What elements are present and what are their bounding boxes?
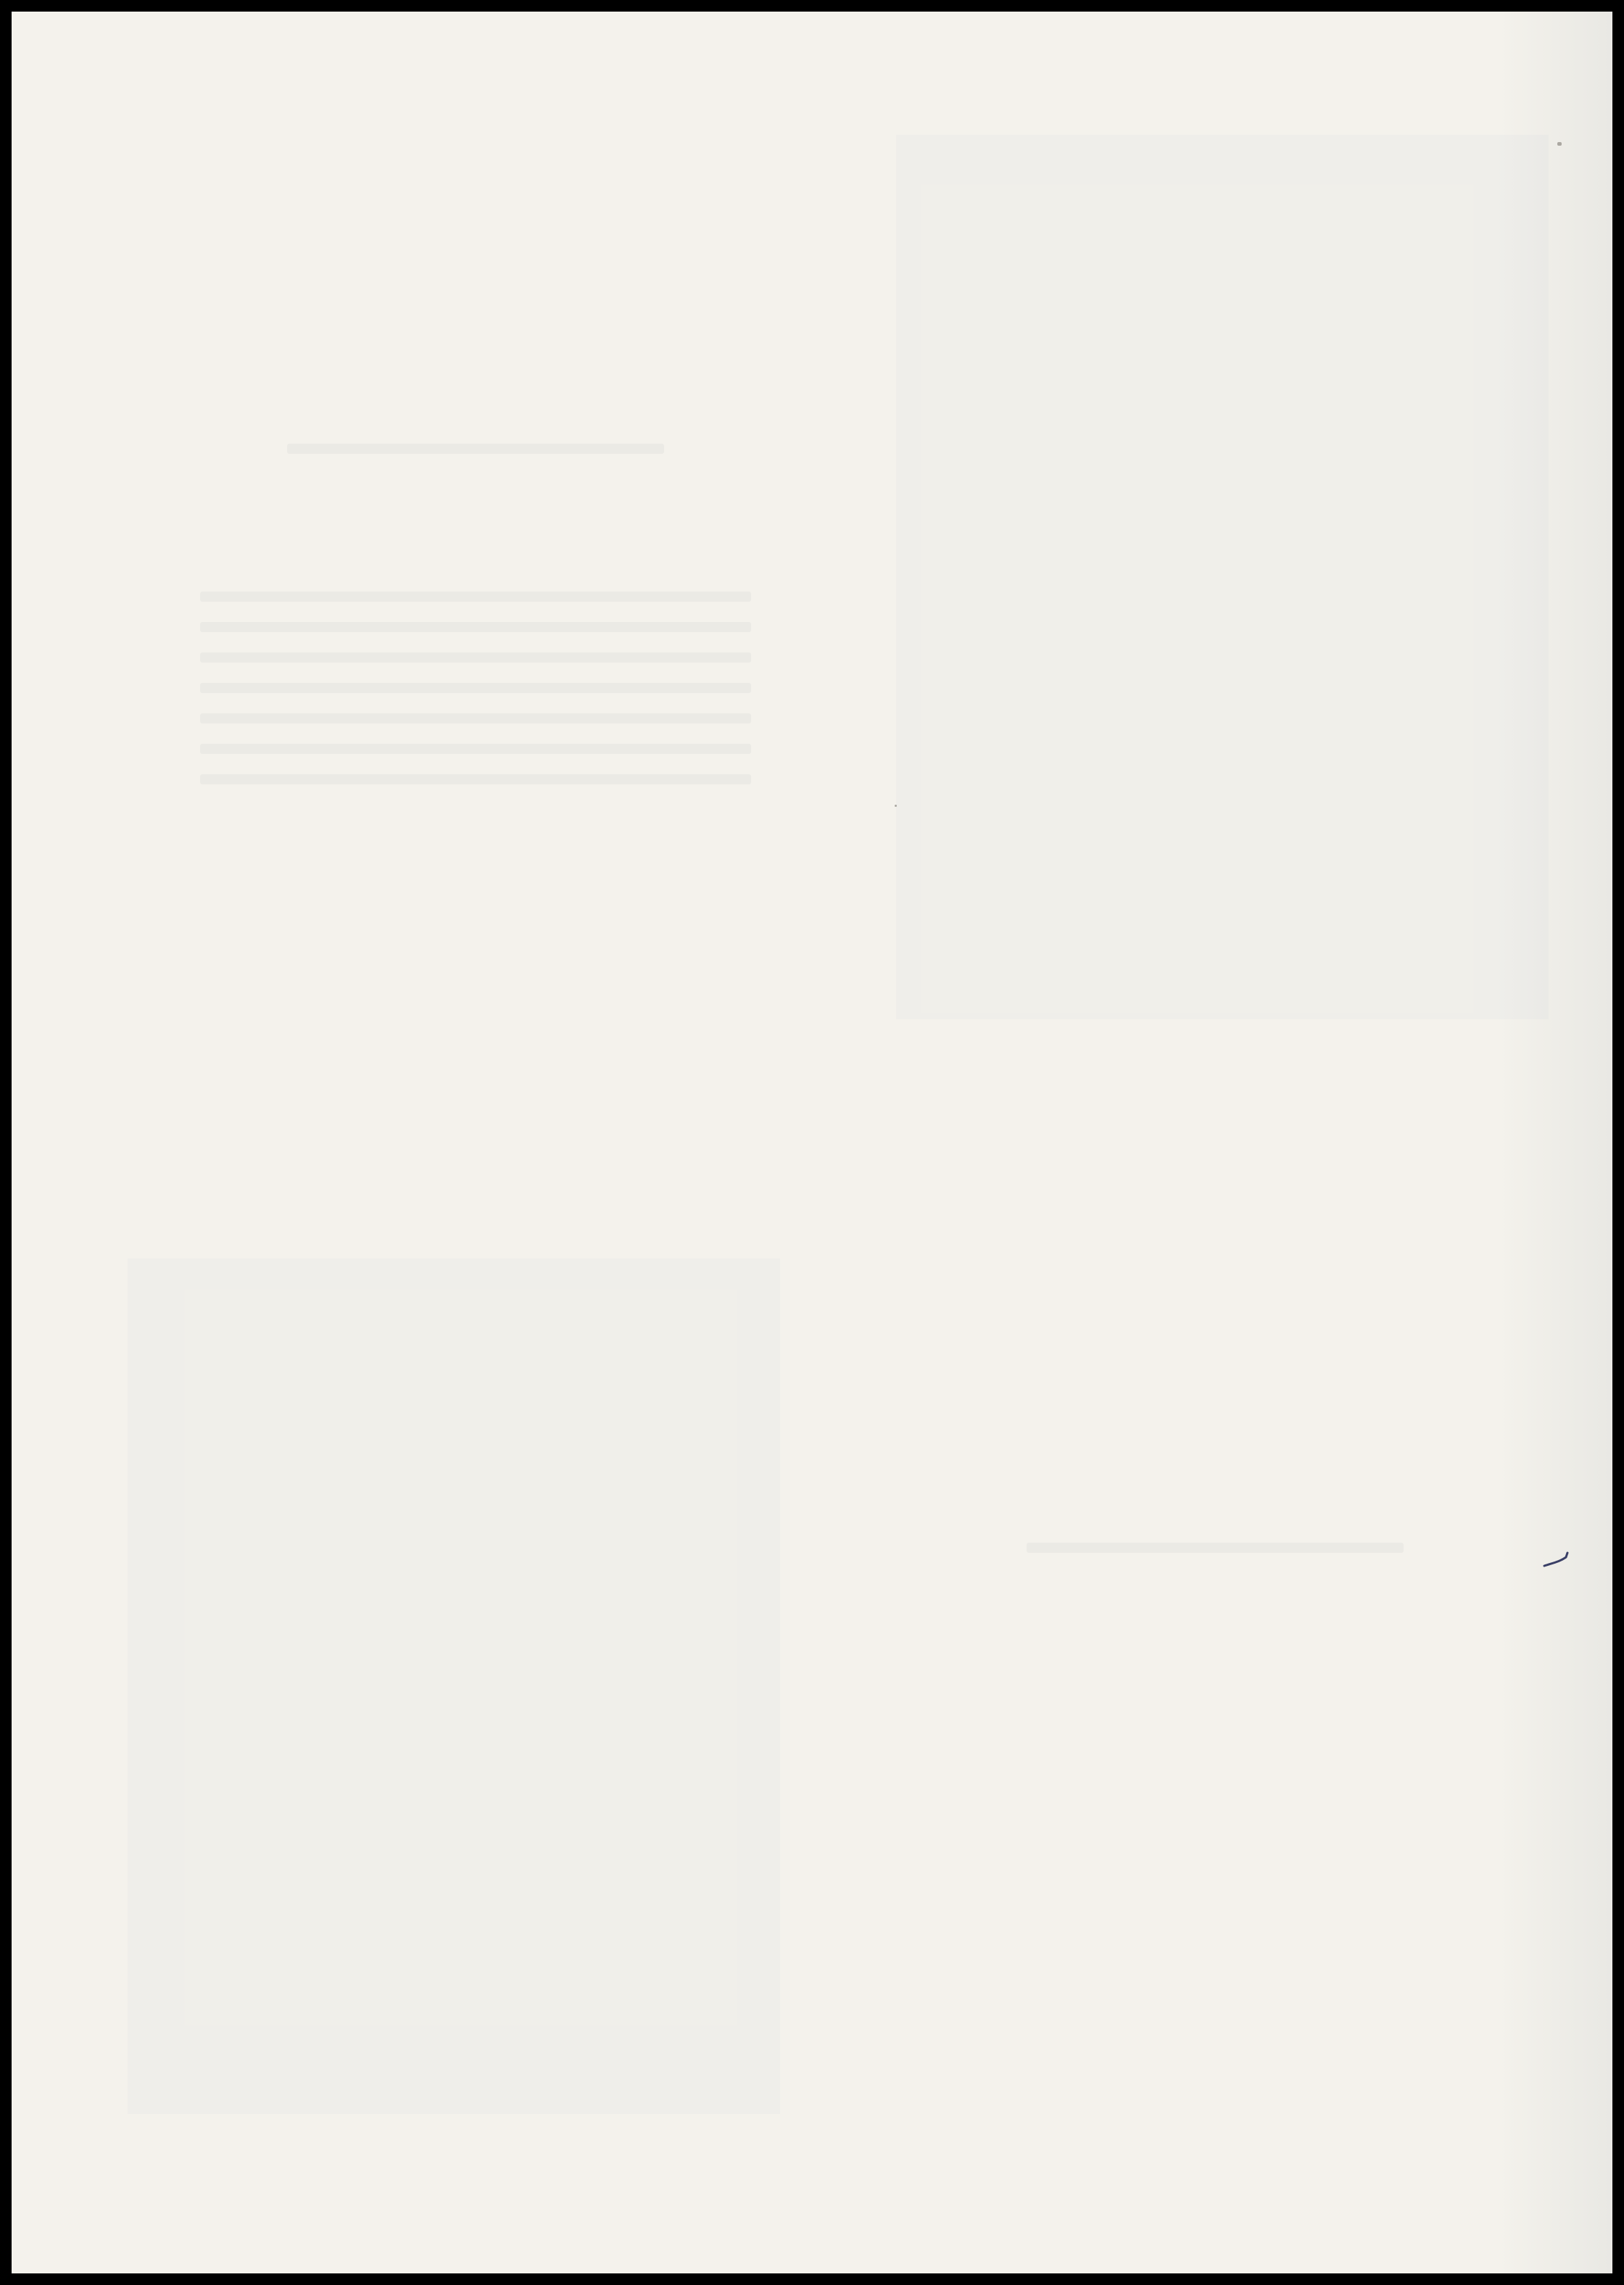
bleed-through-text-line — [200, 744, 751, 754]
bleed-through-caption-bottom — [1027, 1543, 1404, 1553]
pen-stroke-icon — [1543, 1547, 1572, 1569]
bleed-through-photo-bottom — [128, 1258, 780, 2114]
dust-speck — [1557, 142, 1562, 146]
bleed-through-text-line — [200, 774, 751, 784]
bleed-through-text-line — [200, 622, 751, 632]
bleed-through-text-line — [200, 683, 751, 693]
bleed-through-photo-top — [896, 135, 1549, 1019]
dust-speck — [895, 805, 897, 807]
bleed-through-text-line — [200, 713, 751, 723]
bleed-through-text-line — [200, 592, 751, 602]
bleed-through-text-line — [200, 652, 751, 663]
scanned-page — [12, 12, 1612, 2273]
bleed-through-caption-top — [287, 444, 664, 454]
